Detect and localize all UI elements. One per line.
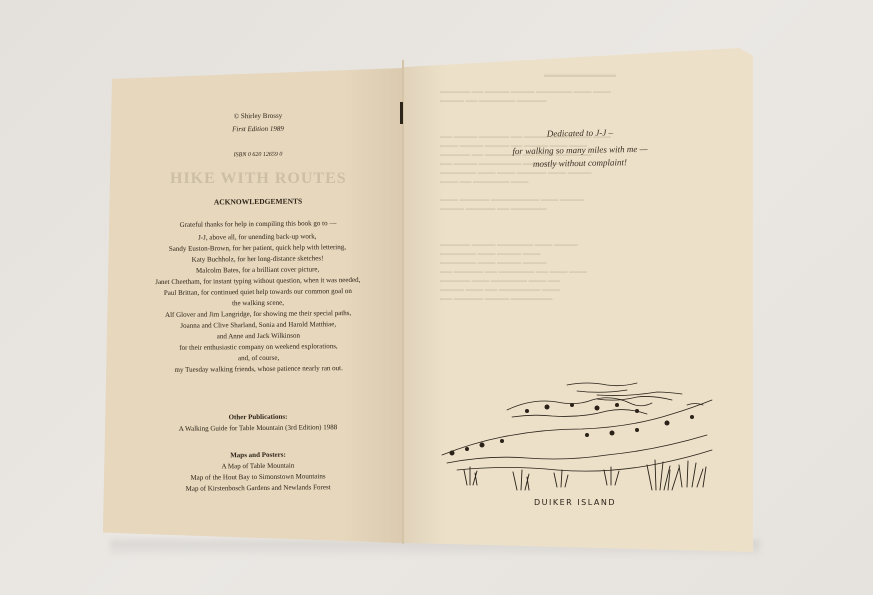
acknowledgements-list: J-J, above all, for unending back-up wor… — [107, 230, 408, 376]
show-through-text: HIKE WITH ROUTES — [170, 170, 347, 188]
maps-posters-list: A Map of Table Mountain Map of the Hout … — [108, 459, 408, 495]
illustration-caption: DUIKER ISLAND — [520, 498, 630, 507]
duiker-island-sketch-icon — [437, 375, 727, 505]
show-through-text-right: ▬▬▬▬▬▬▬▬▬ ▬▬▬▬▬ ▬▬ ▬▬▬▬ ▬▬▬▬ ▬▬▬▬▬▬ ▬▬▬ … — [440, 70, 720, 304]
open-book: HIKE WITH ROUTES ▬▬▬▬▬▬▬▬▬ ▬▬▬▬▬ ▬▬ ▬▬▬▬… — [0, 0, 873, 595]
